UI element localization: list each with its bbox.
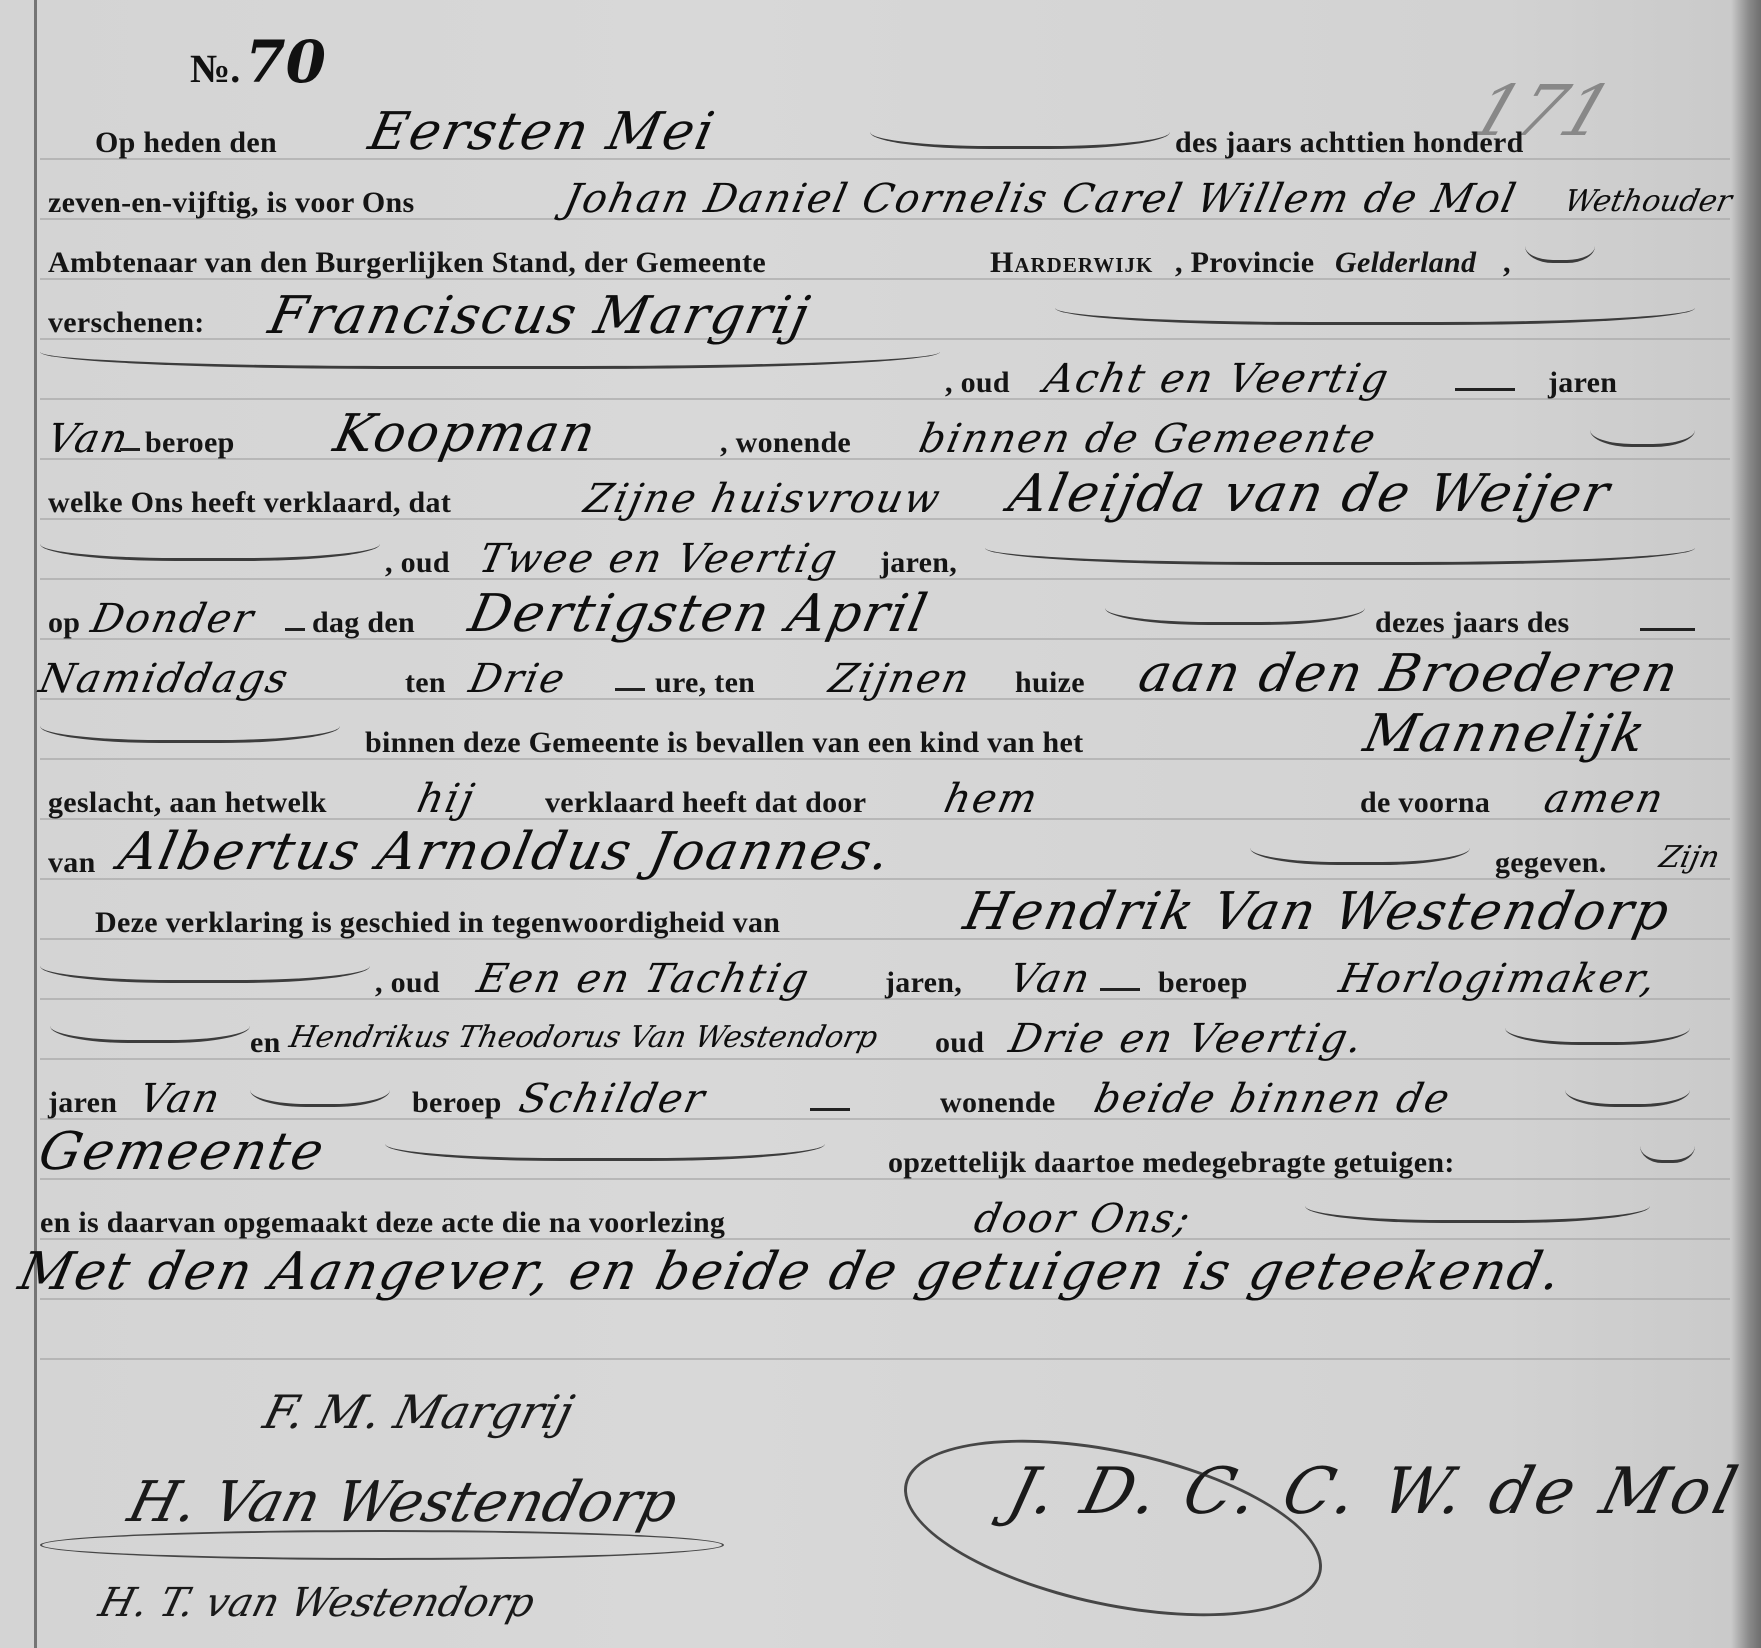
printed-text: , wonende: [720, 426, 851, 460]
filler-squiggle: [250, 1090, 390, 1107]
signature-flourish: [888, 1407, 1337, 1648]
handwritten-occupation: Schilder: [515, 1076, 710, 1122]
filler-squiggle: [40, 352, 940, 369]
filler-squiggle: [50, 1026, 250, 1043]
handwritten-address: aan den Broederen: [1134, 644, 1685, 704]
handwritten-text: Van: [1005, 956, 1096, 1002]
signature-witness1: H. Van Westendorp: [122, 1470, 684, 1535]
handwritten-date: Eersten Mei: [364, 102, 721, 162]
handwritten-residence: binnen de Gemeente: [915, 416, 1381, 462]
line-10: Namiddags ten Drie ure, ten Zijnen huize…: [0, 652, 1761, 712]
signature-witness2: H. T. van Westendorp: [94, 1580, 539, 1626]
signature-flourish: [40, 1530, 724, 1560]
filler-squiggle: [1105, 608, 1365, 625]
filler-dash: [120, 448, 140, 451]
document-page: №. 70 171 Op heden den Eersten Mei des j…: [0, 0, 1761, 1648]
printed-province: Gelderland: [1335, 246, 1476, 280]
printed-text: verschenen:: [48, 306, 205, 340]
filler-dash: [810, 1108, 850, 1111]
printed-text: jaren,: [880, 546, 957, 580]
handwritten-text: Zijnen: [825, 656, 975, 702]
handwritten-correction: amen: [1540, 776, 1669, 822]
handwritten-residence: beide binnen de: [1090, 1076, 1455, 1122]
line-6: Van beroep Koopman , wonende binnen de G…: [0, 412, 1761, 472]
printed-text: , oud: [385, 546, 450, 580]
printed-text: binnen deze Gemeente is bevallen van een…: [365, 726, 1083, 760]
printed-text: en: [250, 1026, 281, 1060]
printed-text: opzettelijk daartoe medegebragte getuige…: [888, 1146, 1455, 1180]
handwritten-age: Een en Tachtig: [473, 956, 814, 1002]
handwritten-text: Gemeente: [34, 1122, 331, 1182]
printed-text: van: [48, 846, 96, 880]
printed-text: de voorna: [1360, 786, 1490, 820]
line-9: op Donder dag den Dertigsten April dezes…: [0, 592, 1761, 652]
line-1: Op heden den Eersten Mei des jaars achtt…: [0, 112, 1761, 172]
filler-squiggle: [40, 544, 380, 561]
filler-dash: [615, 688, 645, 691]
printed-text: beroep: [412, 1086, 502, 1120]
printed-text: ,: [1503, 246, 1511, 280]
filler-squiggle: [1505, 1028, 1690, 1045]
handwritten-mother-name: Aleijda van de Weijer: [1004, 464, 1617, 524]
handwritten-weekday: Donder: [87, 596, 259, 642]
record-number: №. 70: [190, 28, 326, 96]
handwritten-occupation: Koopman: [329, 404, 603, 464]
handwritten-text: Zijn: [1656, 840, 1723, 875]
handwritten-declarant-name: Franciscus Margrij: [264, 286, 816, 346]
handwritten-sex: Mannelijk: [1359, 704, 1653, 764]
handwritten-text: hij: [413, 776, 480, 822]
printed-text: jaren,: [885, 966, 962, 1000]
handwritten-text: Van: [43, 416, 134, 462]
line-14: Deze verklaring is geschied in tegenwoor…: [0, 892, 1761, 952]
line-20: Met den Aangever, en beide de getuigen i…: [0, 1252, 1761, 1312]
filler-squiggle: [985, 548, 1695, 565]
line-8: , oud Twee en Veertig jaren,: [0, 532, 1761, 592]
filler-squiggle: [385, 1144, 825, 1161]
filler-squiggle: [40, 966, 370, 983]
handwritten-witness2-name: Hendrikus Theodorus Van Westendorp: [286, 1020, 880, 1055]
printed-text: jaren: [48, 1086, 117, 1120]
filler-squiggle: [1305, 1206, 1650, 1223]
printed-municipality: Harderwijk: [990, 246, 1153, 280]
printed-text: beroep: [1158, 966, 1248, 1000]
filler-squiggle: [40, 726, 340, 743]
number-value: 70: [245, 28, 326, 96]
line-11: binnen deze Gemeente is bevallen van een…: [0, 712, 1761, 772]
line-7: welke Ons heeft verklaard, dat Zijne hui…: [0, 472, 1761, 532]
printed-text: Ambtenaar van den Burgerlijken Stand, de…: [48, 246, 766, 280]
handwritten-birth-date: Dertigsten April: [464, 584, 934, 644]
printed-text: jaren: [1548, 366, 1617, 400]
handwritten-time-of-day: Namiddags: [35, 656, 294, 702]
filler-squiggle: [1590, 430, 1695, 447]
filler-squiggle: [1250, 848, 1470, 865]
printed-text: Deze verklaring is geschied in tegenwoor…: [95, 906, 780, 940]
ruled-line: [40, 1358, 1730, 1360]
handwritten-text: door Ons;: [970, 1196, 1196, 1242]
line-4: verschenen: Franciscus Margrij: [0, 292, 1761, 352]
filler-squiggle: [1525, 246, 1595, 263]
printed-text: verklaard heeft dat door: [545, 786, 866, 820]
printed-text: gegeven.: [1495, 846, 1607, 880]
printed-text: dag den: [312, 606, 415, 640]
printed-text: en is daarvan opgemaakt deze acte die na…: [40, 1206, 725, 1240]
handwritten-text: hem: [940, 776, 1043, 822]
handwritten-official-name: Johan Daniel Cornelis Carel Willem de Mo…: [560, 176, 1521, 222]
printed-text: , oud: [375, 966, 440, 1000]
handwritten-age: Drie en Veertig.: [1005, 1016, 1368, 1062]
printed-text: beroep: [145, 426, 235, 460]
printed-text: des jaars achttien honderd: [1175, 126, 1524, 160]
handwritten-closing-statement: Met den Aangever, en beide de getuigen i…: [14, 1242, 1569, 1302]
signature-declarant: F. M. Margrij: [258, 1385, 579, 1439]
number-label: №.: [190, 46, 240, 91]
line-18: Gemeente opzettelijk daartoe medegebragt…: [0, 1132, 1761, 1192]
filler-dash: [285, 628, 305, 631]
printed-text: zeven-en-vijftig, is voor Ons: [48, 186, 414, 220]
printed-text: welke Ons heeft verklaard, dat: [48, 486, 451, 520]
printed-text: ten: [405, 666, 446, 700]
line-5: , oud Acht en Veertig jaren: [0, 352, 1761, 412]
printed-text: geslacht, aan hetwelk: [48, 786, 327, 820]
handwritten-witness1-name: Hendrik Van Westendorp: [959, 882, 1677, 942]
printed-text: Op heden den: [95, 126, 277, 160]
handwritten-occupation: Horlogimaker,: [1335, 956, 1661, 1002]
filler-dash: [1640, 628, 1695, 631]
handwritten-text: Zijne huisvrouw: [580, 476, 946, 522]
printed-text: dezes jaars des: [1375, 606, 1569, 640]
printed-text: , Provincie: [1175, 246, 1314, 280]
handwritten-age: Twee en Veertig: [475, 536, 843, 582]
line-2: zeven-en-vijftig, is voor Ons Johan Dani…: [0, 172, 1761, 232]
filler-dash: [1100, 988, 1140, 991]
filler-dash: [1455, 388, 1515, 391]
handwritten-hour: Drie: [465, 656, 570, 702]
printed-text: wonende: [940, 1086, 1055, 1120]
printed-text: , oud: [945, 366, 1010, 400]
printed-text: ure, ten: [655, 666, 755, 700]
printed-text: huize: [1015, 666, 1085, 700]
handwritten-title: Wethouder: [1561, 184, 1735, 219]
handwritten-age: Acht en Veertig: [1040, 356, 1394, 402]
filler-squiggle: [870, 132, 1170, 149]
printed-text: oud: [935, 1026, 984, 1060]
filler-squiggle: [1565, 1090, 1690, 1107]
handwritten-child-names: Albertus Arnoldus Joannes.: [114, 822, 897, 882]
filler-squiggle: [1640, 1146, 1695, 1163]
printed-text: op: [48, 606, 80, 640]
line-3: Ambtenaar van den Burgerlijken Stand, de…: [0, 232, 1761, 292]
line-16: en Hendrikus Theodorus Van Westendorp ou…: [0, 1012, 1761, 1072]
handwritten-text: Van: [135, 1076, 226, 1122]
line-15: , oud Een en Tachtig jaren, Van beroep H…: [0, 952, 1761, 1012]
filler-squiggle: [1055, 308, 1695, 325]
